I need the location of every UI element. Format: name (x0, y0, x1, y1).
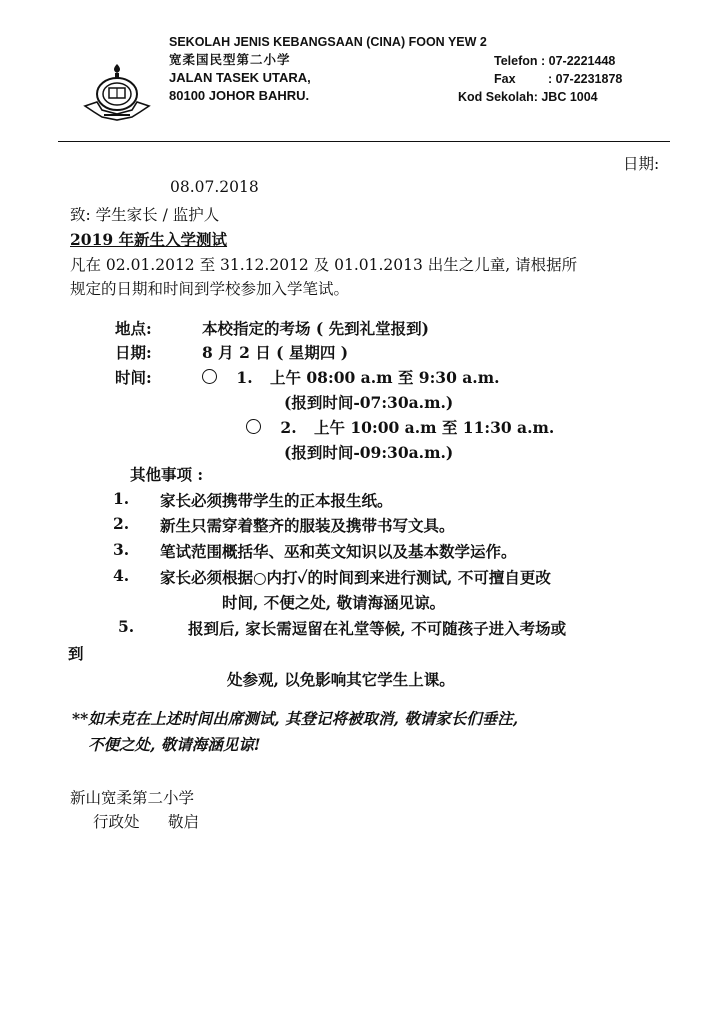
exam-date-label: 日期: (115, 341, 152, 363)
time-slot-1: 1. 上午 08:00 a.m 至 9:30 a.m. (202, 366, 500, 388)
fax-value: : 07-2231878 (548, 71, 622, 87)
location-label: 地点: (115, 317, 152, 339)
exam-date-value: 8 月 2 日 ( 星期四 ) (202, 341, 348, 363)
note-continuation: 时间, 不便之处, 敬请海涵见谅。 (222, 591, 445, 613)
location-value: 本校指定的考场 ( 先到礼堂报到) (202, 317, 429, 339)
note-text: 报到后, 家长需逗留在礼堂等候, 不可随孩子进入考场或 (188, 617, 566, 639)
school-name-zh: 宽柔国民型第二小学 (169, 52, 291, 68)
checkbox-circle-icon[interactable] (246, 419, 261, 434)
kod-sekolah: Kod Sekolah: JBC 1004 (458, 89, 598, 105)
note-number: 4. (113, 566, 129, 585)
warning-line1: **如未克在上述时间出席测试, 其登记将被取消, 敬请家长们垂注, (72, 707, 518, 729)
note-number: 1. (113, 489, 129, 508)
fax-label: Fax (494, 71, 516, 87)
slot-time: 上午 10:00 a.m 至 11:30 a.m. (314, 418, 554, 437)
intro-line1: 凡在 02.01.2012 至 31.12.2012 及 01.01.2013 … (70, 253, 577, 275)
note-number: 2. (113, 514, 129, 533)
notes-heading: 其他事项 : (130, 463, 203, 485)
address-line2: 80100 JOHOR BAHRU. (169, 88, 309, 104)
note-number: 5. (118, 617, 134, 636)
address-line1: JALAN TASEK UTARA, (169, 70, 311, 86)
document-title: 2019 年新生入学测试 (70, 228, 227, 250)
telefon: Telefon : 07-2221448 (494, 53, 615, 69)
note-text: 新生只需穿着整齐的服装及携带书写文具。 (160, 514, 455, 536)
note-number: 3. (113, 540, 129, 559)
slot-time: 上午 08:00 a.m 至 9:30 a.m. (270, 368, 500, 387)
note-text: 家长必须携带学生的正本报生纸。 (160, 489, 393, 511)
intro-line2: 规定的日期和时间到学校参加入学笔试。 (70, 277, 349, 299)
date-label: 日期: (623, 152, 659, 174)
warning-line2: 不便之处, 敬请海涵见谅! (88, 733, 261, 755)
slot-number: 2. (280, 418, 296, 437)
school-name-ms: SEKOLAH JENIS KEBANGSAAN (CINA) FOON YEW… (169, 34, 487, 50)
recipient: 致: 学生家长 / 监护人 (70, 203, 219, 225)
signature-closing: 敬启 (168, 810, 199, 832)
slot-2-report-time: (报到时间-09:30a.m.) (284, 441, 453, 463)
note-continuation: 处参观, 以免影响其它学生上课。 (227, 668, 455, 690)
time-label: 时间: (115, 366, 152, 388)
note-text: 笔试范围概括华、巫和英文知识以及基本数学运作。 (160, 540, 517, 562)
date-value: 08.07.2018 (170, 178, 259, 196)
school-crest-icon (82, 62, 152, 122)
note-text: 家长必须根据○内打✓的时间到来进行测试, 不可擅自更改 (160, 566, 551, 588)
slot-1-report-time: (报到时间-07:30a.m.) (284, 391, 453, 413)
slot-number: 1. (236, 368, 252, 387)
note-wrap: 到 (68, 642, 84, 664)
signature-school: 新山宽柔第二小学 (70, 786, 194, 808)
signature-office: 行政处 (93, 810, 140, 832)
time-slot-2: 2. 上午 10:00 a.m 至 11:30 a.m. (246, 416, 554, 438)
checkbox-circle-icon[interactable] (202, 369, 217, 384)
header-divider (58, 141, 670, 142)
